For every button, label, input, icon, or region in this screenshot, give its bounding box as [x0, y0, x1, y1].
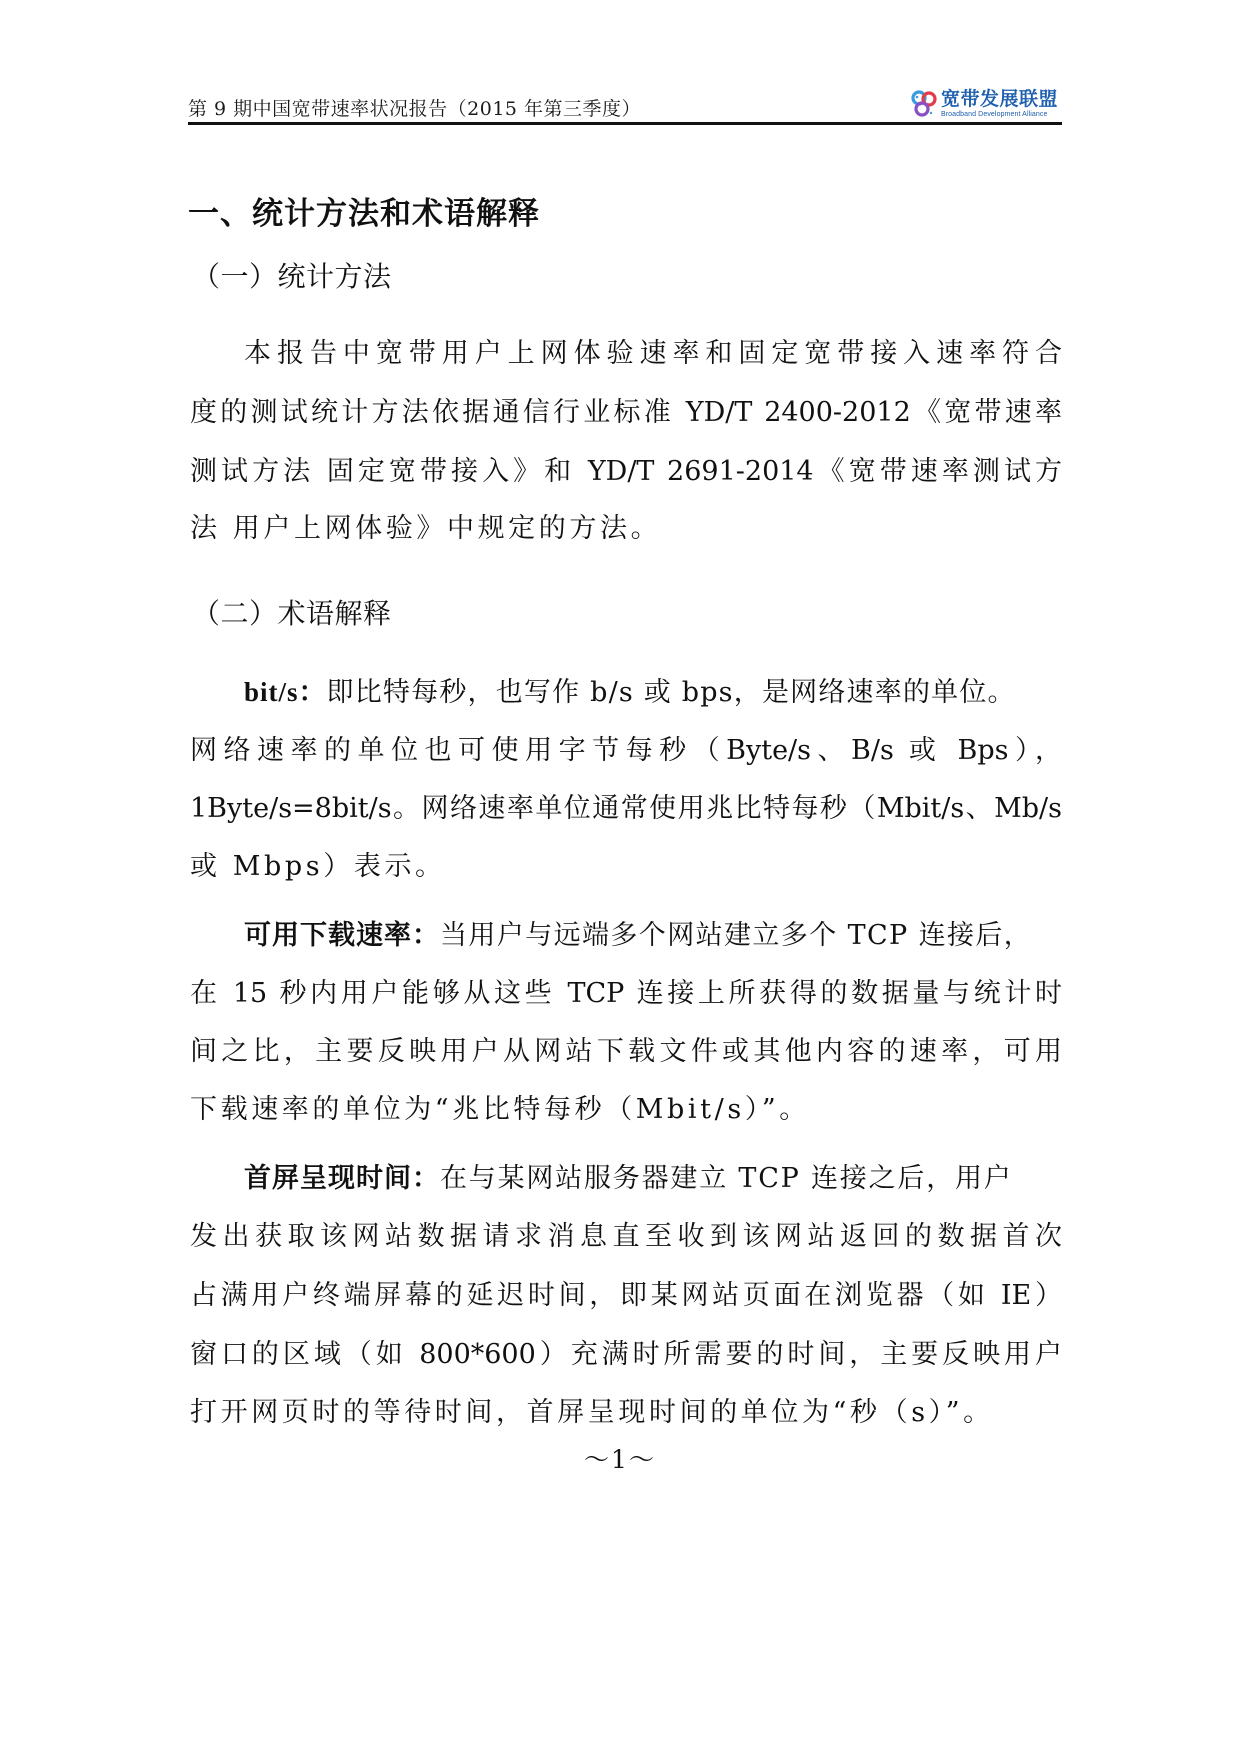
document-page: 第 9 期中国宽带速率状况报告（2015 年第三季度） 宽带发展联盟 Broad… [0, 0, 1240, 1754]
paragraph-line: 或 Mbps）表示。 [190, 849, 1062, 885]
report-title: 第 9 期中国宽带速率状况报告（2015 年第三季度） [188, 94, 641, 121]
paragraph-line: 网络速率的单位也可使用字节每秒（Byte/s、B/s 或 Bps）， [190, 733, 1062, 769]
term-label: 可用下载速率： [244, 920, 440, 951]
term-definition-bits: bit/s：即比特每秒，也写作 b/s 或 bps，是网络速率的单位。 [244, 674, 1116, 711]
term-label: bit/s： [244, 677, 327, 707]
term-text: 当用户与远端多个网站建立多个 TCP 连接后， [440, 920, 1032, 951]
paragraph-line: 发出获取该网站数据请求消息直至收到该网站返回的数据首次 [190, 1219, 1062, 1255]
header-divider [188, 122, 1062, 125]
paragraph-line: 1Byte/s=8bit/s。网络速率单位通常使用兆比特每秒（Mbit/s、Mb… [190, 791, 1062, 827]
subsection-heading-terms: （二）术语解释 [192, 592, 392, 632]
paragraph-line: 度的测试统计方法依据通信行业标准 YD/T 2400-2012《宽带速率 [190, 395, 1062, 431]
paragraph-line: 下载速率的单位为“兆比特每秒（Mbit/s）”。 [190, 1092, 1062, 1128]
term-definition-first-screen-time: 首屏呈现时间：在与某网站服务器建立 TCP 连接之后，用户 [244, 1161, 1116, 1197]
paragraph-line: 占满用户终端屏幕的延迟时间，即某网站页面在浏览器（如 IE） [190, 1278, 1062, 1314]
alliance-logo: 宽带发展联盟 Broadband Development Alliance [910, 86, 1058, 122]
term-text: 即比特每秒，也写作 b/s 或 bps，是网络速率的单位。 [327, 677, 1016, 708]
logo-name-cn: 宽带发展联盟 [941, 90, 1058, 109]
paragraph-line: 间之比，主要反映用户从网站下载文件或其他内容的速率，可用 [190, 1034, 1062, 1070]
running-header: 第 9 期中国宽带速率状况报告（2015 年第三季度） 宽带发展联盟 Broad… [188, 86, 1060, 126]
alliance-logo-icon [910, 89, 938, 119]
paragraph-line: 测试方法 固定宽带接入》和 YD/T 2691-2014《宽带速率测试方 [190, 454, 1062, 490]
term-label: 首屏呈现时间： [244, 1163, 440, 1194]
paragraph-line: 法 用户上网体验》中规定的方法。 [190, 511, 1062, 547]
paragraph-line: 在 15 秒内用户能够从这些 TCP 连接上所获得的数据量与统计时 [190, 976, 1062, 1012]
term-definition-download-rate: 可用下载速率：当用户与远端多个网站建立多个 TCP 连接后， [244, 918, 1116, 954]
subsection-heading-methods: （一）统计方法 [192, 255, 392, 295]
term-text: 在与某网站服务器建立 TCP 连接之后，用户 [440, 1163, 1013, 1194]
page-number: ～1～ [0, 1440, 1240, 1476]
logo-name-en: Broadband Development Alliance [941, 111, 1058, 118]
paragraph-line: 打开网页时的等待时间，首屏呈现时间的单位为“秒（s）”。 [190, 1395, 1062, 1431]
paragraph-line: 本报告中宽带用户上网体验速率和固定宽带接入速率符合 [244, 336, 1062, 372]
section-heading: 一、统计方法和术语解释 [188, 188, 540, 233]
paragraph-line: 窗口的区域（如 800*600）充满时所需要的时间，主要反映用户 [190, 1337, 1062, 1373]
